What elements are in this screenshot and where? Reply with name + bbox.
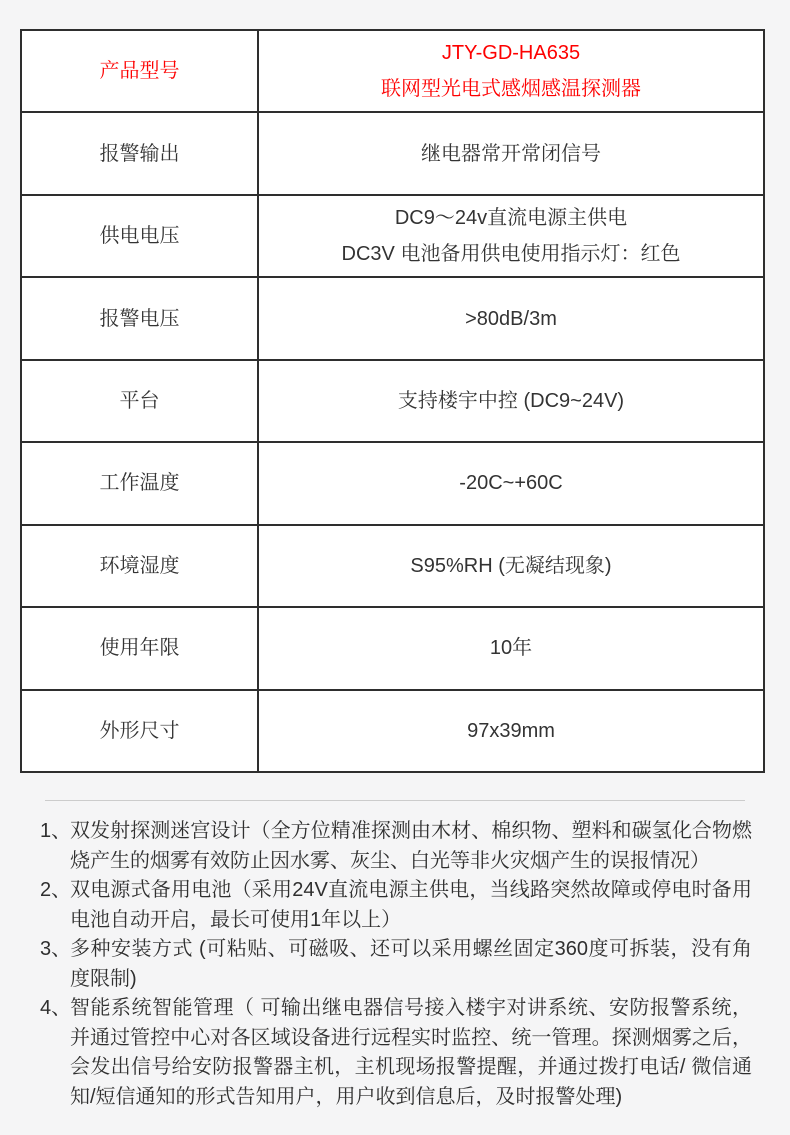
spec-value-working-temperature: -20C~+60C bbox=[259, 443, 763, 523]
spec-value-alarm-output: 继电器常开常闭信号 bbox=[259, 113, 763, 193]
table-row: 工作温度 -20C~+60C bbox=[22, 443, 763, 525]
spec-value-alarm-voltage: >80dB/3m bbox=[259, 278, 763, 358]
table-row: 供电电压 DC9～24v直流电源主供电 DC3V 电池备用供电使用指示灯：红色 bbox=[22, 196, 763, 278]
table-row: 使用年限 10年 bbox=[22, 608, 763, 690]
spec-label-service-life: 使用年限 bbox=[22, 608, 259, 688]
section-divider bbox=[45, 800, 745, 801]
spec-value-product-model: JTY-GD-HA635 联网型光电式感烟感温探测器 bbox=[259, 31, 763, 111]
spec-value-line: -20C~+60C bbox=[459, 465, 562, 501]
spec-table: 产品型号 JTY-GD-HA635 联网型光电式感烟感温探测器 报警输出 继电器… bbox=[20, 29, 765, 773]
spec-value-line: 10年 bbox=[490, 630, 532, 666]
table-row: 产品型号 JTY-GD-HA635 联网型光电式感烟感温探测器 bbox=[22, 31, 763, 113]
feature-item: 3、 多种安装方式 (可粘贴、可磁吸、还可以采用螺丝固定360度可拆装，没有角度… bbox=[40, 935, 752, 994]
spec-label-alarm-voltage: 报警电压 bbox=[22, 278, 259, 358]
table-row: 报警输出 继电器常开常闭信号 bbox=[22, 113, 763, 195]
spec-label-product-model: 产品型号 bbox=[22, 31, 259, 111]
feature-number: 2、 bbox=[40, 876, 71, 906]
table-row: 平台 支持楼宇中控 (DC9~24V) bbox=[22, 361, 763, 443]
spec-value-service-life: 10年 bbox=[259, 608, 763, 688]
feature-number: 1、 bbox=[40, 817, 71, 847]
feature-text: 双发射探测迷宫设计（全方位精准探测由木材、棉织物、塑料和碳氢化合物燃烧产生的烟雾… bbox=[70, 820, 752, 872]
table-row: 报警电压 >80dB/3m bbox=[22, 278, 763, 360]
spec-value-supply-voltage: DC9～24v直流电源主供电 DC3V 电池备用供电使用指示灯：红色 bbox=[259, 196, 763, 276]
spec-value-line: S95%RH (无凝结现象) bbox=[410, 548, 611, 584]
feature-item: 2、 双电源式备用电池（采用24V直流电源主供电，当线路突然故障或停电时备用电池… bbox=[40, 876, 752, 935]
spec-label-supply-voltage: 供电电压 bbox=[22, 196, 259, 276]
table-row: 环境湿度 S95%RH (无凝结现象) bbox=[22, 526, 763, 608]
feature-text: 智能系统智能管理（ 可输出继电器信号接入楼宇对讲系统、安防报警系统，并通过管控中… bbox=[70, 997, 752, 1108]
spec-value-line: 继电器常开常闭信号 bbox=[421, 136, 601, 172]
product-model-name: 联网型光电式感烟感温探测器 bbox=[381, 71, 641, 107]
spec-value-ambient-humidity: S95%RH (无凝结现象) bbox=[259, 526, 763, 606]
spec-label-working-temperature: 工作温度 bbox=[22, 443, 259, 523]
feature-item: 4、 智能系统智能管理（ 可输出继电器信号接入楼宇对讲系统、安防报警系统，并通过… bbox=[40, 994, 752, 1112]
spec-label-ambient-humidity: 环境湿度 bbox=[22, 526, 259, 606]
table-row: 外形尺寸 97x39mm bbox=[22, 691, 763, 771]
spec-value-line: >80dB/3m bbox=[465, 301, 557, 337]
spec-label-platform: 平台 bbox=[22, 361, 259, 441]
spec-value-dimensions: 97x39mm bbox=[259, 691, 763, 771]
spec-value-line: DC3V 电池备用供电使用指示灯：红色 bbox=[342, 236, 681, 272]
product-model-code: JTY-GD-HA635 bbox=[442, 35, 580, 71]
feature-text: 双电源式备用电池（采用24V直流电源主供电，当线路突然故障或停电时备用电池自动开… bbox=[70, 879, 752, 931]
spec-value-platform: 支持楼宇中控 (DC9~24V) bbox=[259, 361, 763, 441]
spec-value-line: 97x39mm bbox=[467, 713, 555, 749]
spec-label-alarm-output: 报警输出 bbox=[22, 113, 259, 193]
feature-item: 1、 双发射探测迷宫设计（全方位精准探测由木材、棉织物、塑料和碳氢化合物燃烧产生… bbox=[40, 817, 752, 876]
feature-number: 4、 bbox=[40, 994, 71, 1024]
spec-value-line: DC9～24v直流电源主供电 bbox=[395, 200, 627, 236]
feature-list: 1、 双发射探测迷宫设计（全方位精准探测由木材、棉织物、塑料和碳氢化合物燃烧产生… bbox=[40, 817, 752, 1112]
spec-value-line: 支持楼宇中控 (DC9~24V) bbox=[398, 383, 624, 419]
spec-label-dimensions: 外形尺寸 bbox=[22, 691, 259, 771]
feature-text: 多种安装方式 (可粘贴、可磁吸、还可以采用螺丝固定360度可拆装，没有角度限制) bbox=[70, 938, 752, 990]
feature-number: 3、 bbox=[40, 935, 71, 965]
